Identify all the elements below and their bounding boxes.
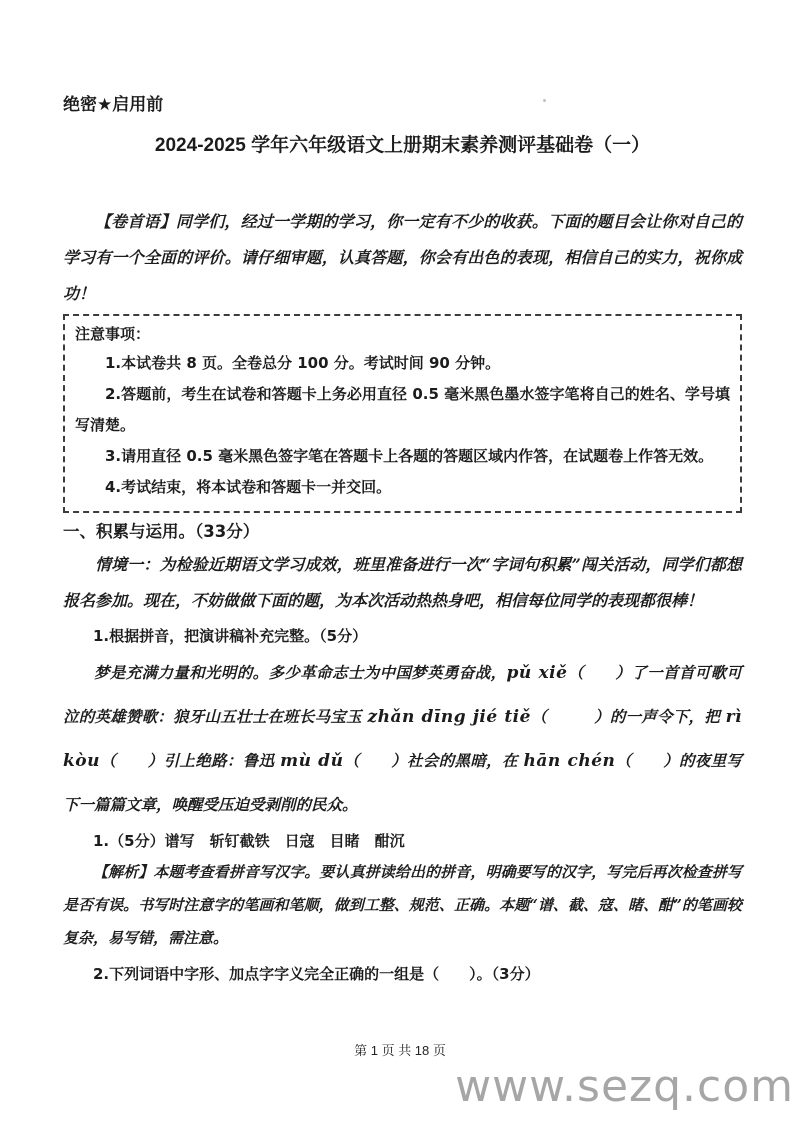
security-label: 绝密★启用前 (63, 92, 742, 118)
question1-passage: 梦是充满力量和光明的。多少革命志士为中国梦英勇奋战，pǔ xiě（ ）了一首首可… (63, 651, 742, 826)
passage-text-3: （ ）的一声令下，把 (531, 707, 726, 726)
section-one-heading: 一、积累与运用。（33分） (63, 519, 742, 545)
pinyin-han-chen: hān chén (524, 751, 616, 771)
scenario-paragraph: 情境一：为检验近期语文学习成效，班里准备进行一次“字词句积累”闯关活动，同学们都… (63, 547, 742, 619)
notice-heading: 注意事项： (75, 320, 730, 348)
notice-item-2: 2.答题前，考生在试卷和答题卡上务必用直径 0.5 毫米黑色墨水签字笔将自己的姓… (75, 379, 730, 441)
notice-item-1: 1.本试卷共 8 页。全卷总分 100 分。考试时间 90 分钟。 (75, 348, 730, 379)
question2-prompt: 2.下列词语中字形、加点字字义完全正确的一组是（ ）。（3分） (63, 959, 742, 989)
passage-text-1: 梦是充满力量和光明的。多少革命志士为中国梦英勇奋战， (94, 663, 507, 682)
notice-item-4: 4.考试结束，将本试卷和答题卡一并交回。 (75, 472, 730, 503)
question1-prompt: 1.根据拼音，把演讲稿补充完整。（5分） (63, 621, 742, 651)
page-number-indicator: 第 1 页 共 18 页 (0, 1040, 800, 1059)
exam-paper-page: 绝密★启用前 2024-2025 学年六年级语文上册期末素养测评基础卷（一） 【… (0, 0, 800, 1132)
pinyin-pu-xie: pǔ xiě (507, 663, 568, 683)
page-title: 2024-2025 学年六年级语文上册期末素养测评基础卷（一） (63, 132, 742, 160)
pinyin-mu-du: mù dǔ (280, 751, 343, 771)
foreword-paragraph: 【卷首语】同学们，经过一学期的学习，你一定有不少的收获。下面的题目会让你对自己的… (63, 204, 742, 312)
passage-text-4: （ ）引上绝路：鲁迅 (100, 751, 280, 770)
question1-analysis: 【解析】本题考查看拼音写汉字。要认真拼读给出的拼音，明确要写的汉字，写完后再次检… (63, 856, 742, 955)
watermark-text: www.sezq.com (455, 1061, 794, 1112)
notice-item-3: 3.请用直径 0.5 毫米黑色签字笔在答题卡上各题的答题区域内作答，在试题卷上作… (75, 441, 730, 472)
notice-box: 注意事项： 1.本试卷共 8 页。全卷总分 100 分。考试时间 90 分钟。 … (63, 314, 742, 513)
pinyin-zhan-ding-jie-tie: zhǎn dīng jié tiě (367, 707, 530, 727)
question1-answer: 1.（5分）谱写 斩钉截铁 日寇 目睹 酣沉 (63, 826, 742, 856)
passage-text-5: （ ）社会的黑暗，在 (343, 751, 523, 770)
stray-scan-mark (543, 99, 546, 102)
